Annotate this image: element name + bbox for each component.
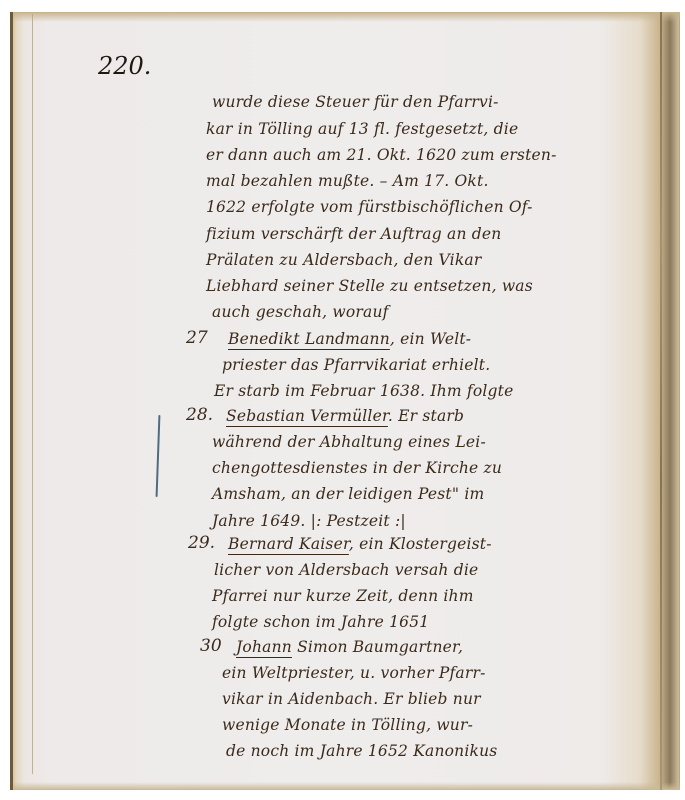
text-line: de noch im Jahre 1652 Kanonikus — [226, 742, 497, 760]
text-line: fizium verschärft der Auftrag an den — [206, 225, 501, 243]
text-line: licher von Aldersbach versah die — [214, 561, 478, 579]
text-line: mal bezahlen mußte. – Am 17. Okt. — [206, 172, 489, 190]
text-line: während der Abhaltung eines Lei- — [212, 433, 486, 451]
text-line: wurde diese Steuer für den Pfarrvi- — [212, 93, 499, 111]
entry-first-line: Sebastian Vermüller. Er starb — [226, 407, 464, 425]
entry-number: 29. — [188, 533, 215, 553]
text-line: folgte schon im Jahre 1651 — [212, 613, 429, 631]
text-line: Liebhard seiner Stelle zu entsetzen, was — [206, 277, 533, 295]
text-line: chengottesdienstes in der Kirche zu — [212, 459, 502, 477]
page-right-crease — [660, 12, 662, 790]
page-fold-line — [32, 14, 33, 774]
text-line: kar in Tölling auf 13 fl. festgesetzt, d… — [206, 120, 518, 138]
entry-name: Johann — [236, 638, 292, 656]
text-line: Jahre 1649. |: Pestzeit :| — [212, 512, 406, 530]
text-line: ein Weltpriester, u. vorher Pfarr- — [222, 664, 486, 682]
text-line: Prälaten zu Aldersbach, den Vikar — [206, 251, 481, 269]
entry-first-line: Bernard Kaiser, ein Klostergeist- — [228, 535, 492, 553]
text-fragment: , ein Klostergeist- — [349, 535, 492, 553]
text-fragment: , ein Welt- — [390, 330, 471, 348]
text-line: wenige Monate in Tölling, wur- — [222, 716, 473, 734]
text-line: priester das Pfarrvikariat erhielt. — [222, 356, 490, 374]
entry-first-line: Benedikt Landmann, ein Welt- — [228, 330, 471, 348]
text-line: auch geschah, worauf — [212, 303, 389, 321]
text-line: Pfarrei nur kurze Zeit, denn ihm — [212, 587, 474, 605]
text-fragment: . Er starb — [388, 407, 464, 425]
page-left-edge — [10, 12, 13, 790]
entry-name: Benedikt Landmann — [228, 330, 390, 348]
text-line: vikar in Aidenbach. Er blieb nur — [222, 690, 481, 708]
text-line: Er starb im Februar 1638. Ihm folgte — [214, 382, 513, 400]
text-line: Amsham, an der leidigen Pest" im — [212, 485, 484, 503]
entry-number: 30 — [200, 636, 222, 656]
entry-name: Sebastian Vermüller — [226, 407, 388, 425]
entry-first-line: Johann Simon Baumgartner, — [236, 638, 463, 656]
entry-number: 27 — [186, 328, 208, 348]
entry-number: 28. — [186, 405, 213, 425]
text-line: 1622 erfolgte vom fürstbischöflichen Of- — [206, 198, 533, 216]
entry-name: Bernard Kaiser — [228, 535, 349, 553]
page-number: 220. — [98, 52, 151, 80]
text-line: er dann auch am 21. Okt. 1620 zum ersten… — [206, 146, 557, 164]
text-fragment: Simon Baumgartner, — [292, 638, 463, 656]
